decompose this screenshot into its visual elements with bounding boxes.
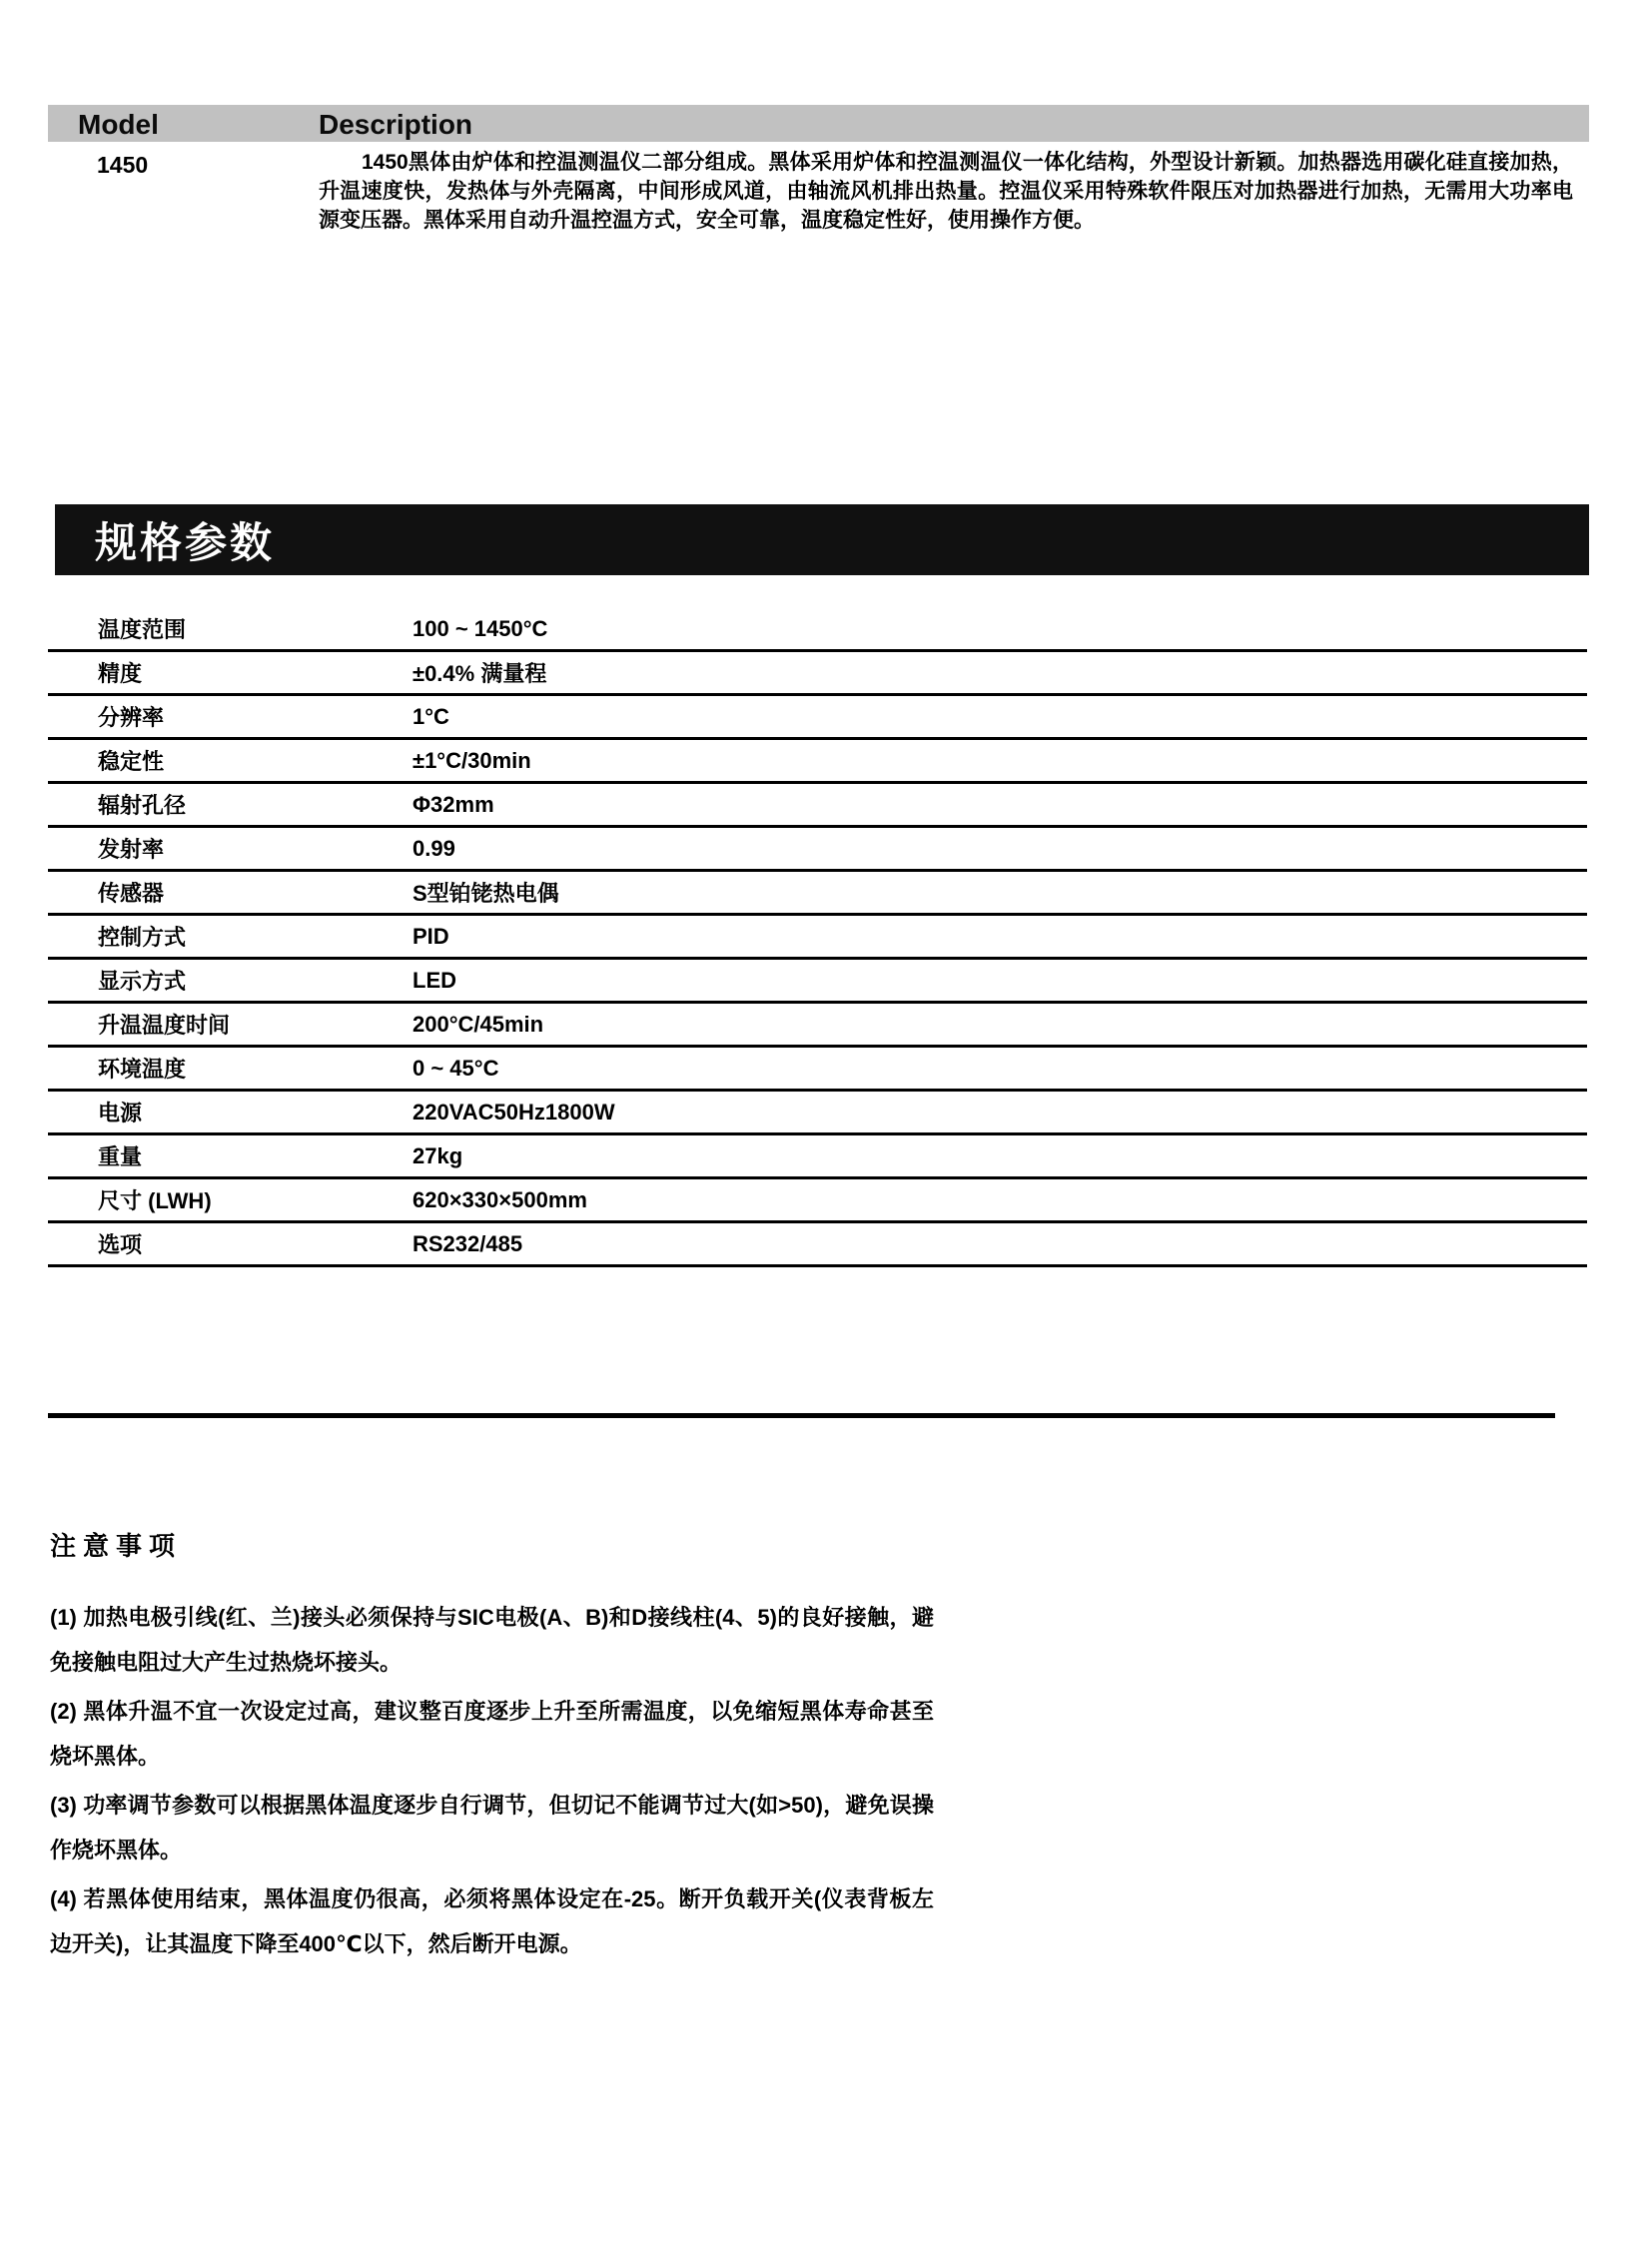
notes-section: 注意事项 (1) 加热电极引线(红、兰)接头必须保持与SIC电极(A、B)和D接… <box>50 1526 934 1970</box>
description-column-header: Description <box>319 105 472 145</box>
model-column-header: Model <box>78 105 159 145</box>
datasheet-page: Model Description 1450 1450黑体由炉体和控温测温仪二部… <box>0 0 1652 2242</box>
spec-value: PID <box>413 924 449 950</box>
spec-row-temperature-range: 温度范围 100 ~ 1450°C <box>48 608 1587 652</box>
product-description: 1450黑体由炉体和控温测温仪二部分组成。黑体采用炉体和控温测温仪一体化结构，外… <box>319 148 1573 235</box>
spec-value: Φ32mm <box>413 792 494 818</box>
note-item-1: (1) 加热电极引线(红、兰)接头必须保持与SIC电极(A、B)和D接线柱(4、… <box>50 1595 934 1685</box>
specs-section-banner: 规格参数 <box>55 504 1589 575</box>
notes-title: 注意事项 <box>50 1526 934 1563</box>
spec-label: 环境温度 <box>48 1053 413 1084</box>
spec-value: 1°C <box>413 704 449 730</box>
spec-value: 620×330×500mm <box>413 1187 587 1213</box>
spec-label: 辐射孔径 <box>48 789 413 820</box>
spec-label: 发射率 <box>48 833 413 864</box>
model-description-header-bar: Model Description <box>48 105 1589 142</box>
spec-table: 温度范围 100 ~ 1450°C 精度 ±0.4% 满量程 分辨率 1°C 稳… <box>48 608 1587 1267</box>
spec-row-resolution: 分辨率 1°C <box>48 696 1587 740</box>
spec-row-control-mode: 控制方式 PID <box>48 916 1587 960</box>
spec-label: 升温温度时间 <box>48 1009 413 1040</box>
spec-row-dimensions: 尺寸 (LWH) 620×330×500mm <box>48 1179 1587 1223</box>
spec-row-stability: 稳定性 ±1°C/30min <box>48 740 1587 784</box>
spec-label: 温度范围 <box>48 613 413 644</box>
spec-value: ±1°C/30min <box>413 748 531 774</box>
spec-value: 200°C/45min <box>413 1012 543 1038</box>
spec-row-power: 电源 220VAC50Hz1800W <box>48 1092 1587 1135</box>
note-item-3: (3) 功率调节参数可以根据黑体温度逐步自行调节，但切记不能调节过大(如>50)… <box>50 1783 934 1872</box>
spec-row-options: 选项 RS232/485 <box>48 1223 1587 1267</box>
spec-value: 0.99 <box>413 836 455 862</box>
spec-row-ambient-temperature: 环境温度 0 ~ 45°C <box>48 1048 1587 1092</box>
spec-label: 显示方式 <box>48 965 413 996</box>
spec-value: LED <box>413 968 456 994</box>
spec-value: 27kg <box>413 1143 462 1169</box>
specs-section-title: 规格参数 <box>95 510 275 570</box>
note-item-2: (2) 黑体升温不宜一次设定过高，建议整百度逐步上升至所需温度，以免缩短黑体寿命… <box>50 1689 934 1779</box>
note-item-4: (4) 若黑体使用结束，黑体温度仍很高，必须将黑体设定在-25。断开负载开关(仪… <box>50 1876 934 1966</box>
spec-value: 220VAC50Hz1800W <box>413 1100 615 1125</box>
spec-row-display-mode: 显示方式 LED <box>48 960 1587 1004</box>
spec-label: 分辨率 <box>48 701 413 732</box>
spec-label: 选项 <box>48 1228 413 1259</box>
spec-label: 电源 <box>48 1097 413 1127</box>
spec-label: 稳定性 <box>48 745 413 776</box>
spec-label: 尺寸 (LWH) <box>48 1184 413 1215</box>
spec-label: 控制方式 <box>48 921 413 952</box>
spec-value: ±0.4% 满量程 <box>413 657 546 688</box>
spec-value: RS232/485 <box>413 1231 522 1257</box>
spec-row-accuracy: 精度 ±0.4% 满量程 <box>48 652 1587 696</box>
spec-label: 重量 <box>48 1140 413 1171</box>
spec-value: 0 ~ 45°C <box>413 1056 498 1082</box>
spec-row-heatup-time: 升温温度时间 200°C/45min <box>48 1004 1587 1048</box>
model-number: 1450 <box>97 152 148 179</box>
spec-row-weight: 重量 27kg <box>48 1135 1587 1179</box>
spec-label: 精度 <box>48 657 413 688</box>
spec-label: 传感器 <box>48 877 413 908</box>
spec-row-sensor: 传感器 S型铂铑热电偶 <box>48 872 1587 916</box>
spec-row-aperture: 辐射孔径 Φ32mm <box>48 784 1587 828</box>
spec-row-emissivity: 发射率 0.99 <box>48 828 1587 872</box>
section-divider <box>48 1413 1555 1418</box>
spec-value: S型铂铑热电偶 <box>413 877 559 908</box>
spec-value: 100 ~ 1450°C <box>413 616 547 642</box>
